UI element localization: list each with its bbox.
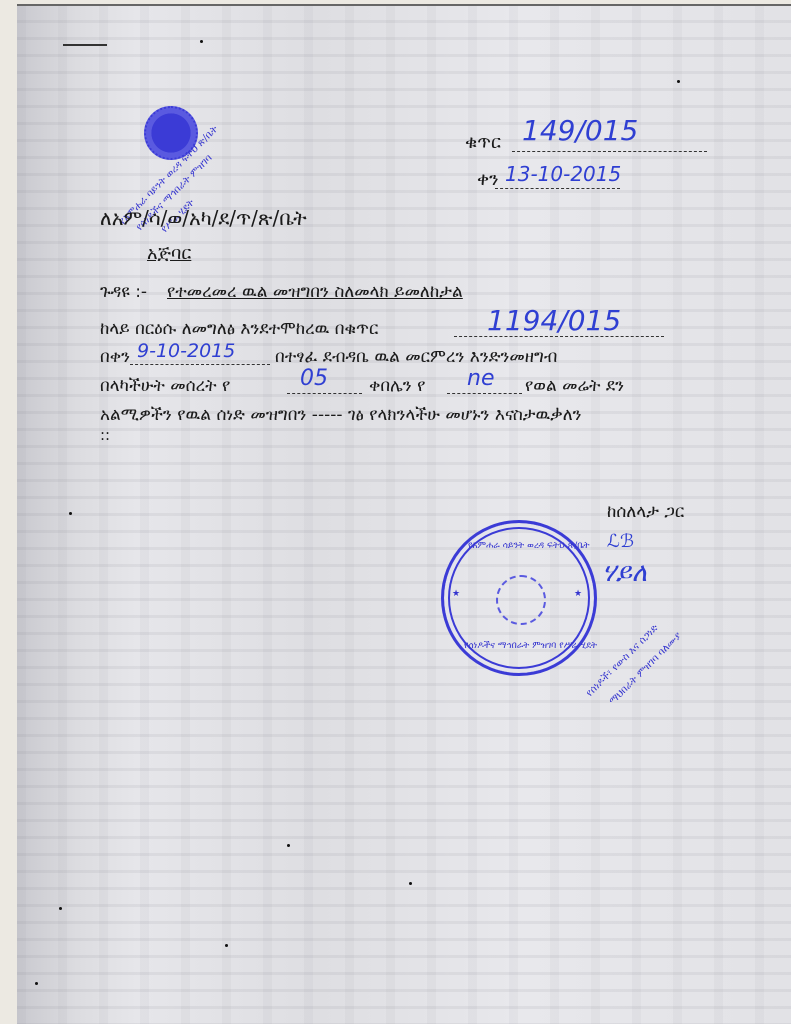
body-line-4: አልሚዎችን የዉል ሰነድ መዝግበን ----- ገፅ የላክንላችሁ መሆ…	[100, 405, 582, 425]
body-line-1: ከላይ በርዕሱ ለመግለፅ እንደተሞከረዉ በቁጥር	[100, 319, 378, 339]
body-ref-number: 1194/015	[487, 304, 621, 337]
signature: ሃይለ	[602, 558, 647, 589]
kebele-number: 05	[300, 366, 328, 391]
body-line-3a: በላካችሁት መሰረት የ	[100, 376, 230, 396]
body-line-3b: ቀበሌን የ	[369, 376, 425, 396]
seal-star-right: ★	[574, 589, 582, 599]
body-date-line	[130, 364, 270, 365]
date-value: 13-10-2015	[505, 162, 621, 186]
kebele-name: ne	[467, 366, 494, 391]
date-label: ቀን	[477, 169, 499, 190]
subject-label: ጉዳዩ :-	[100, 282, 147, 302]
body-date-label: በቀን	[100, 347, 130, 367]
margin-mark	[63, 44, 107, 46]
subject-text: የተመረመረ ዉል መዝግበን ስለመላክ ይመለከታል	[167, 282, 463, 302]
reference-line	[512, 151, 707, 152]
scan-speck	[35, 982, 38, 985]
recipient-place: አጅባር	[147, 243, 191, 264]
scan-speck	[69, 512, 72, 515]
kebele-name-line	[447, 393, 522, 394]
cc-label: ከሰለላታ ጋር	[607, 502, 684, 522]
scan-speck	[200, 40, 203, 43]
recipient-address: ለአም/ሳ/ወ/አካ/ደ/ጥ/ጽ/ቤት	[100, 206, 307, 230]
date-line	[495, 188, 620, 189]
body-line-5: ::	[100, 426, 110, 444]
kebele-number-line	[287, 393, 362, 394]
seal-emblem	[496, 575, 546, 625]
reference-label: ቁጥር	[465, 132, 501, 153]
scan-speck	[409, 882, 412, 885]
body-line-2: በተፃፈ ደብዳቤ ዉል መርምረን እንድንመዘግብ	[275, 347, 557, 367]
scan-speck	[59, 907, 62, 910]
scanned-letter-page: የአምሐራ ባይንት ወረዳ ፍትህ ጽ/ቤት የሰነዶችና ማኅበራት ምዝገ…	[17, 4, 791, 1024]
reference-number: 149/015	[522, 114, 638, 147]
seal-text-top: የአምሐራ ሳይንት ወረዳ ፍትህ ጽ/ቤት	[468, 541, 590, 551]
body-line-3c: የወል መሬት ደን	[525, 376, 624, 396]
scan-speck	[225, 944, 228, 947]
body-date-value: 9-10-2015	[137, 340, 235, 362]
seal-text-bottom: የሰነዶችና ማኅበራት ምዝገባ የሥራ ሂደት	[464, 641, 597, 651]
official-round-seal: የአምሐራ ሳይንት ወረዳ ፍትህ ጽ/ቤት የሰነዶችና ማኅበራት ምዝገ…	[441, 520, 597, 676]
seal-star-left: ★	[452, 589, 460, 599]
scan-speck	[677, 80, 680, 83]
scan-speck	[287, 844, 290, 847]
signature-initials: ℒℬ	[607, 531, 634, 552]
